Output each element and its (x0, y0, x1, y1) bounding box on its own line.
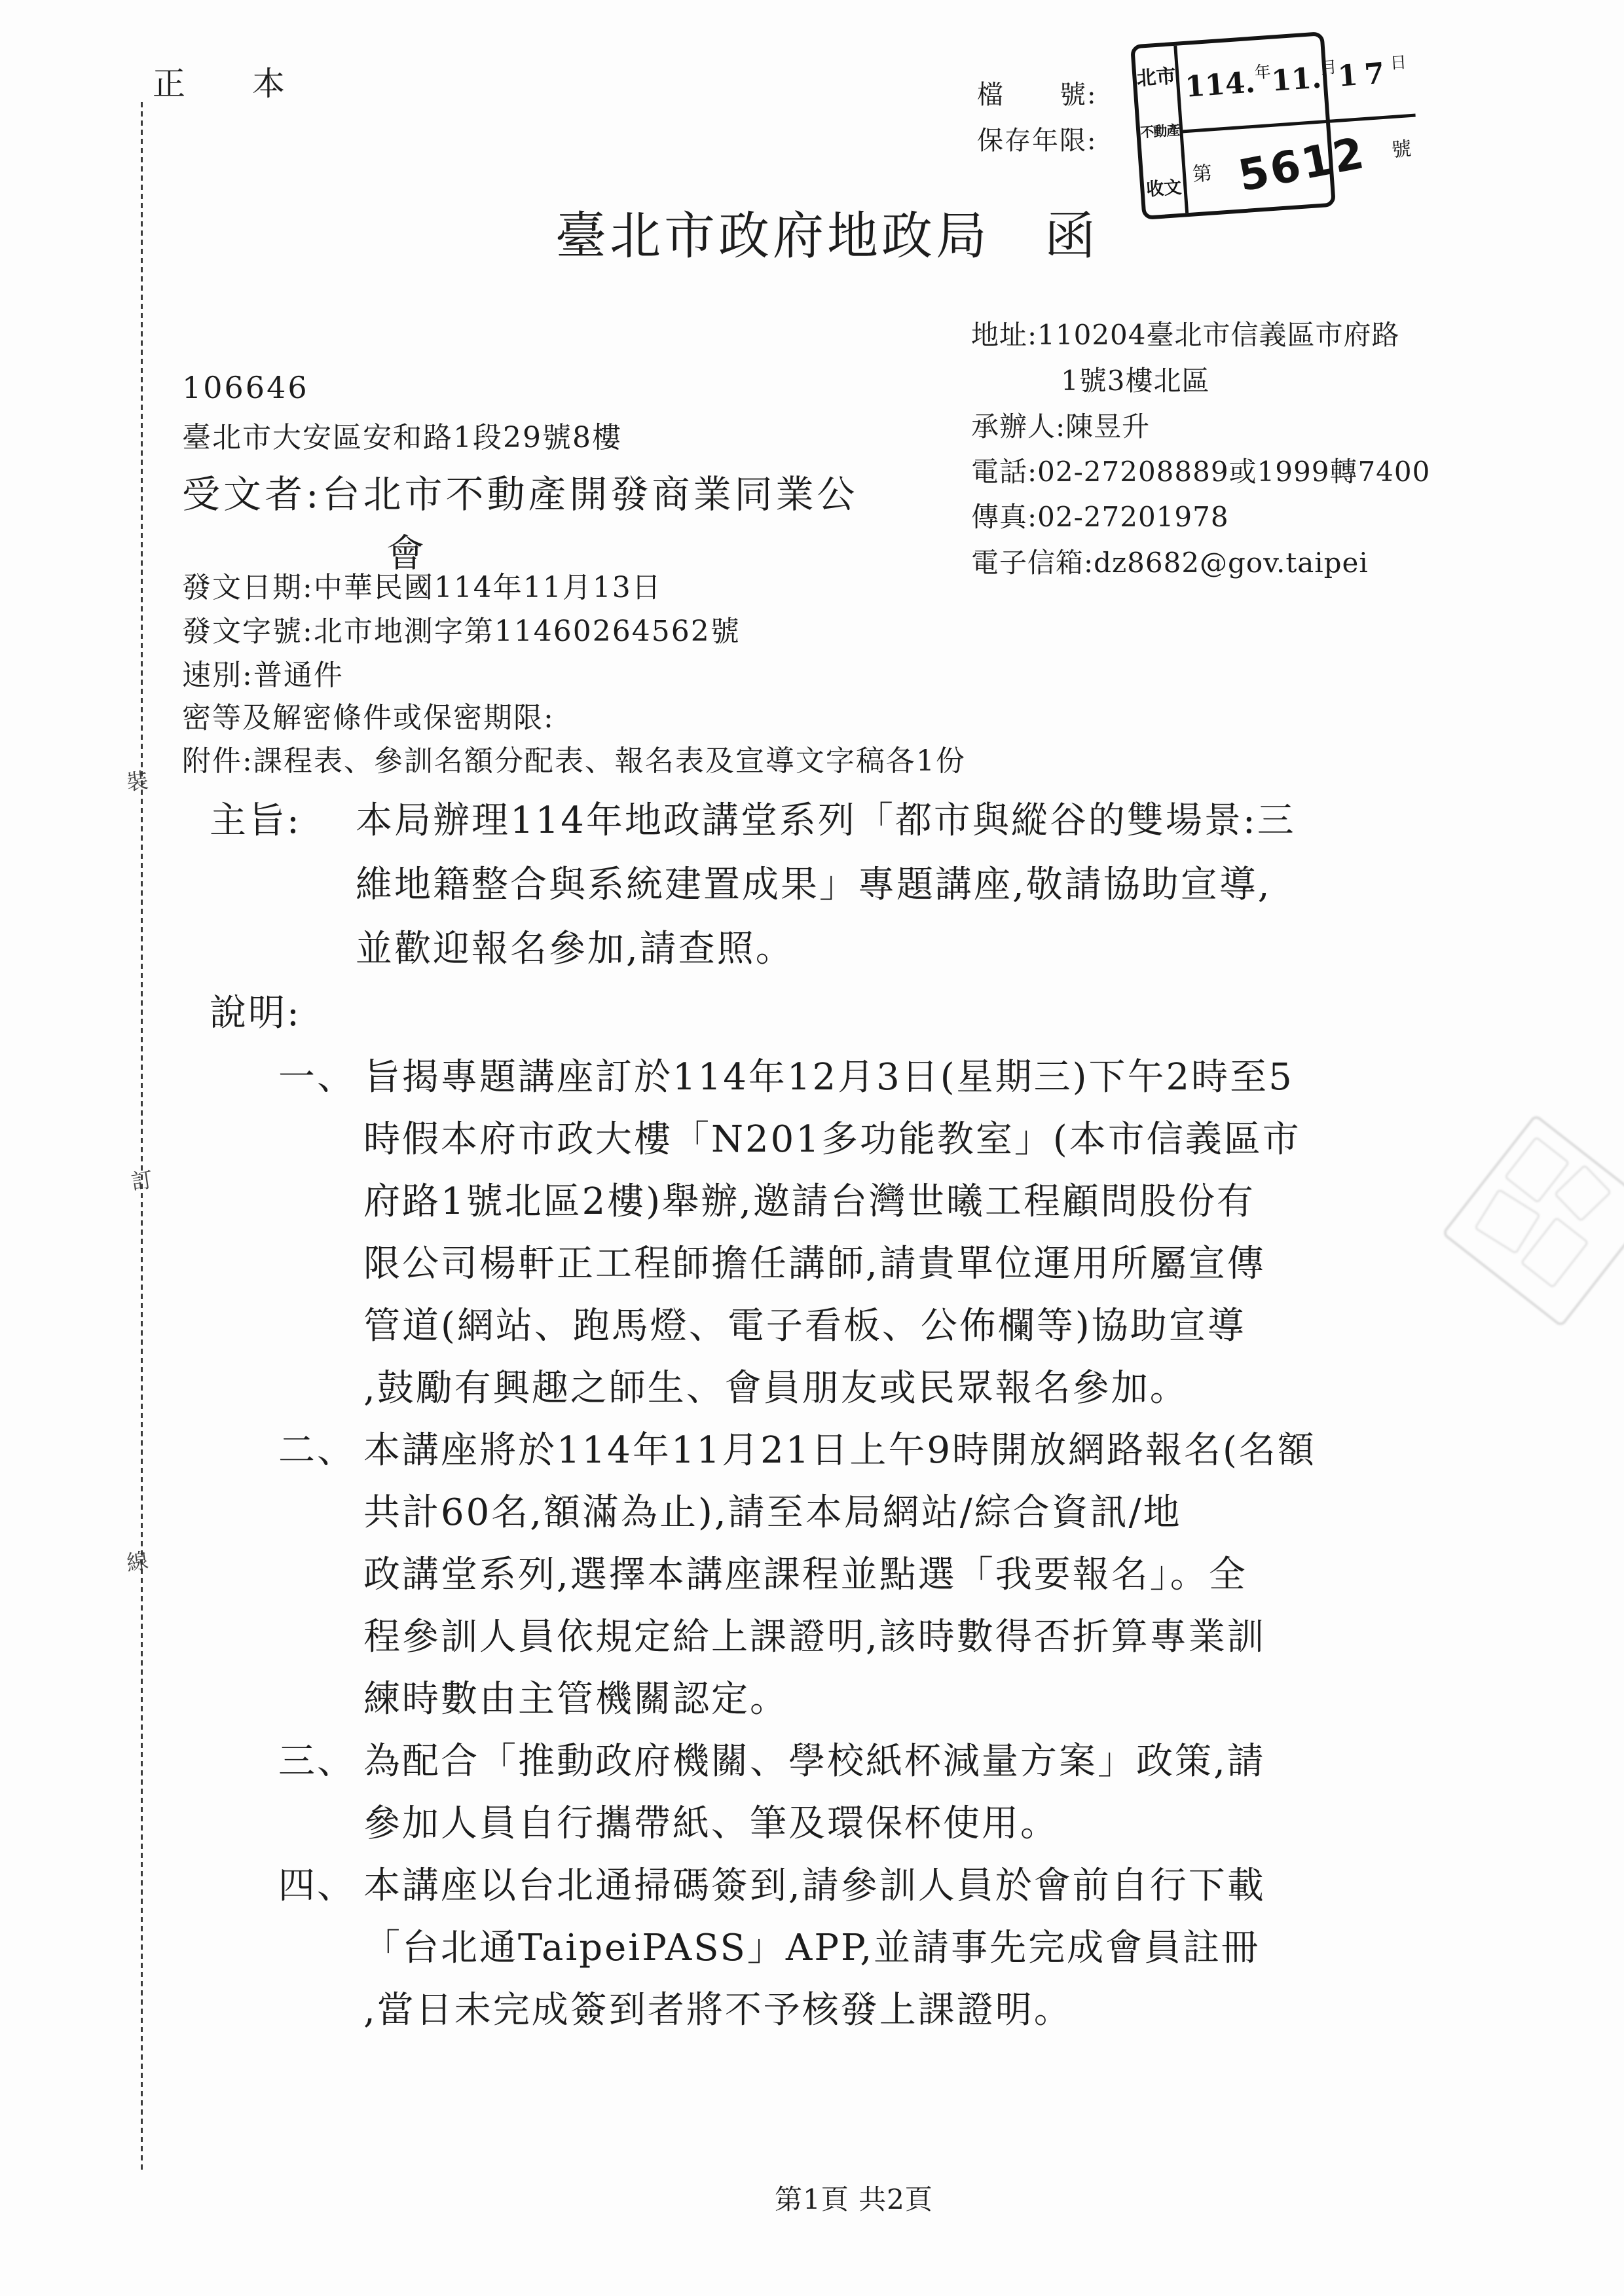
subject-line: 本局辦理114年地政講堂系列「都市與縱谷的雙場景:三 (356, 800, 1296, 842)
subject-label: 主旨: (210, 800, 301, 842)
subject-line: 並歡迎報名參加,請查照。 (356, 928, 794, 970)
stamp-org-line1: 北市 (1134, 46, 1177, 104)
item-line: 府路1號北區2樓)舉辦,邀請台灣世曦工程顧問股份有 (363, 1181, 1255, 1223)
item-line: ,鼓勵有興趣之師生、會員朋友或民眾報名參加。 (363, 1368, 1189, 1410)
recipient-name-wrap: 會 (386, 532, 428, 575)
item-number: 二、 (278, 1430, 356, 1472)
item-line: 程參訓人員依規定給上課證明,該時數得否折算專業訓 (363, 1616, 1266, 1658)
faint-stamp-artifact (1441, 1114, 1624, 1328)
stamp-month-unit: 月 (1320, 54, 1338, 79)
doc-meta-issue-number: 發文字號:北市地測字第11460264562號 (182, 615, 741, 649)
recipient-code: 106646 (182, 371, 309, 405)
item-number: 四、 (278, 1865, 356, 1907)
stamp-number-prefix: 第 (1191, 156, 1213, 187)
recipient-name-line: 受文者:台北市不動產開發商業同業公 (182, 473, 858, 517)
item-number: 三、 (278, 1741, 356, 1783)
document-page: 正 本 檔 號: 保存年限: 北市 不動產 收文 114. 年 11. 月 17… (0, 0, 1624, 2296)
binding-mark-xian: 線 (124, 1544, 150, 1577)
stamp-number-handwritten: 5612 (1234, 128, 1370, 202)
binding-mark-ding: 訂 (129, 1163, 155, 1196)
item-line: 時假本府市政大樓「N201多功能教室」(本市信義區市 (363, 1119, 1301, 1161)
doc-meta-attachments: 附件:課程表、參訓名額分配表、報名表及宣導文字稿各1份 (182, 745, 966, 778)
doc-meta-issue-date: 發文日期:中華民國114年11月13日 (182, 572, 662, 605)
item-line: 限公司楊軒正工程師擔任講師,請貴單位運用所屬宣傳 (363, 1243, 1266, 1285)
contact-handler: 承辦人:陳昱升 (971, 411, 1150, 443)
file-number-label: 檔 號: (977, 80, 1097, 110)
item-line: 「台北通TaipeiPASS」APP,並請事先完成會員註冊 (363, 1927, 1260, 1969)
item-number: 一、 (278, 1057, 356, 1099)
subject-line: 維地籍整合與系統建置成果」專題講座,敬請協助宣導, (356, 864, 1272, 906)
stamp-date-row: 114. 年 11. 月 17 日 (1177, 29, 1415, 133)
explanation-label: 說明: (210, 993, 301, 1034)
stamp-day: 17 (1337, 56, 1392, 94)
stamp-number-row: 第 5612 號 (1183, 117, 1422, 213)
item-line: 管道(網站、跑馬燈、電子看板、公佈欄等)協助宣導 (363, 1305, 1246, 1347)
stamp-org-line3: 收文 (1142, 157, 1185, 215)
binding-dashed-line (141, 102, 143, 2171)
binding-mark-zhuang: 裝 (124, 763, 150, 797)
copy-type-label: 正 本 (153, 65, 302, 103)
contact-fax: 傳真:02-27201978 (971, 501, 1229, 533)
item-line: 政講堂系列,選擇本講座課程並點選「我要報名」。全 (363, 1554, 1247, 1596)
contact-phone: 電話:02-27208889或1999轉7400 (971, 456, 1430, 488)
contact-address-line2: 1號3樓北區 (1061, 365, 1209, 397)
item-line: 為配合「推動政府機關、學校紙杯減量方案」政策,請 (363, 1741, 1266, 1783)
item-line: 練時數由主管機關認定。 (363, 1679, 788, 1721)
page-footer: 第1頁 共2頁 (775, 2184, 933, 2215)
stamp-month: 11. (1270, 61, 1323, 98)
document-title: 臺北市政府地政局 函 (555, 195, 1099, 268)
retention-period-label: 保存年限: (977, 126, 1097, 156)
faint-stamp-texture (1553, 1164, 1612, 1222)
item-line: ,當日未完成簽到者將不予核發上課證明。 (363, 1990, 1073, 2032)
stamp-year-unit: 年 (1253, 59, 1271, 84)
item-line: 本講座將於114年11月21日上午9時開放網路報名(名額 (363, 1430, 1316, 1472)
stamp-day-unit: 日 (1390, 50, 1407, 75)
doc-meta-security: 密等及解密條件或保密期限: (182, 702, 555, 735)
stamp-org-line2: 不動產 (1138, 101, 1181, 160)
doc-meta-speed-class: 速別:普通件 (182, 659, 344, 693)
recipient-street-address: 臺北市大安區安和路1段29號8樓 (182, 422, 622, 455)
item-line: 參加人員自行攜帶紙、筆及環保杯使用。 (363, 1803, 1059, 1845)
item-line: 旨揭專題講座訂於114年12月3日(星期三)下午2時至5 (363, 1057, 1294, 1099)
item-line: 本講座以台北通掃碼簽到,請參訓人員於會前自行下載 (363, 1865, 1266, 1907)
contact-address-line1: 地址:110204臺北市信義區市府路 (971, 319, 1399, 351)
receipt-stamp: 北市 不動產 收文 114. 年 11. 月 17 日 第 5612 號 (1130, 31, 1336, 220)
stamp-number-suffix: 號 (1390, 132, 1412, 162)
contact-email: 電子信箱:dz8682@gov.taipei (971, 547, 1369, 579)
item-line: 共計60名,額滿為止),請至本局網站/綜合資訊/地 (363, 1492, 1181, 1534)
stamp-year: 114. (1184, 65, 1256, 103)
